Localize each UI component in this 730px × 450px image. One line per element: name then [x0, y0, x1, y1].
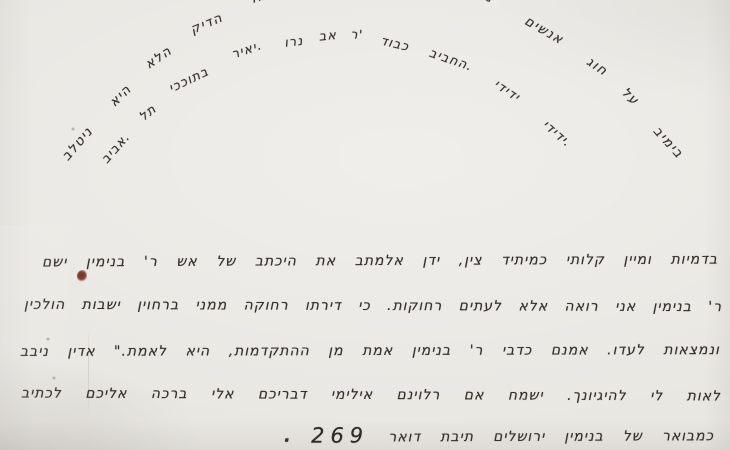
arch-word: הדיק	[189, 12, 225, 37]
arch-word: החומד	[247, 0, 293, 7]
arch-word: ר'	[350, 28, 364, 41]
arch-word: נרו	[283, 34, 304, 49]
paper-light-band	[0, 225, 90, 450]
arch-word: נושאים	[445, 0, 495, 5]
body-line-2: ר' בנימין אני רואה אלא לעתים רחוקות. כי …	[24, 294, 722, 324]
paper-crease	[88, 330, 89, 415]
arch-word: על	[619, 86, 641, 108]
arch-word: ידידי	[492, 78, 523, 104]
arch-word: חוג	[584, 55, 610, 78]
arch-word: בתוככי	[167, 65, 211, 95]
body-line-5: כמבואר של בנימין ירושלים תיבת דואר 269 .	[284, 417, 714, 447]
paper-speck	[46, 337, 50, 341]
body-line-4: לאות לי להיגיונך. ישמח אם רלוינם אילימי …	[21, 382, 721, 413]
arch-word: אב	[318, 29, 337, 43]
address-text: כמבואר של בנימין ירושלים תיבת דואר	[388, 428, 714, 445]
arch-word: יאיר.	[230, 39, 264, 61]
ink-stain	[77, 270, 87, 282]
sentence-period: .	[284, 426, 292, 447]
paper-speck	[71, 127, 75, 131]
arch-word: היא	[107, 82, 134, 109]
arch-word: כבוד	[379, 35, 410, 54]
arch-word: הלא	[143, 45, 175, 72]
body-line-1: בדמיות ומיין קלותי כמיתיד צין, ידן אלמתב…	[42, 249, 718, 280]
arch-word: אביב.	[99, 130, 132, 165]
scanned-handwritten-letter: בימיבעלחוגאנשיםנושאיםועליהשעלהחומדהדיקהל…	[0, 0, 730, 450]
po-box-number: 269	[311, 423, 369, 447]
arch-word: בימיב	[650, 124, 685, 161]
arch-word: תל	[137, 102, 159, 123]
arch-word: ניטלב	[60, 124, 96, 162]
arch-word: ידידי.	[540, 118, 574, 149]
paper-speck	[52, 376, 56, 380]
arch-word: החביב.	[428, 47, 475, 74]
body-line-3: ונמצאות לעדו. אמנם כדבי ר' בנימין אמת מן…	[20, 339, 720, 369]
arch-word: אנשים	[523, 15, 566, 48]
